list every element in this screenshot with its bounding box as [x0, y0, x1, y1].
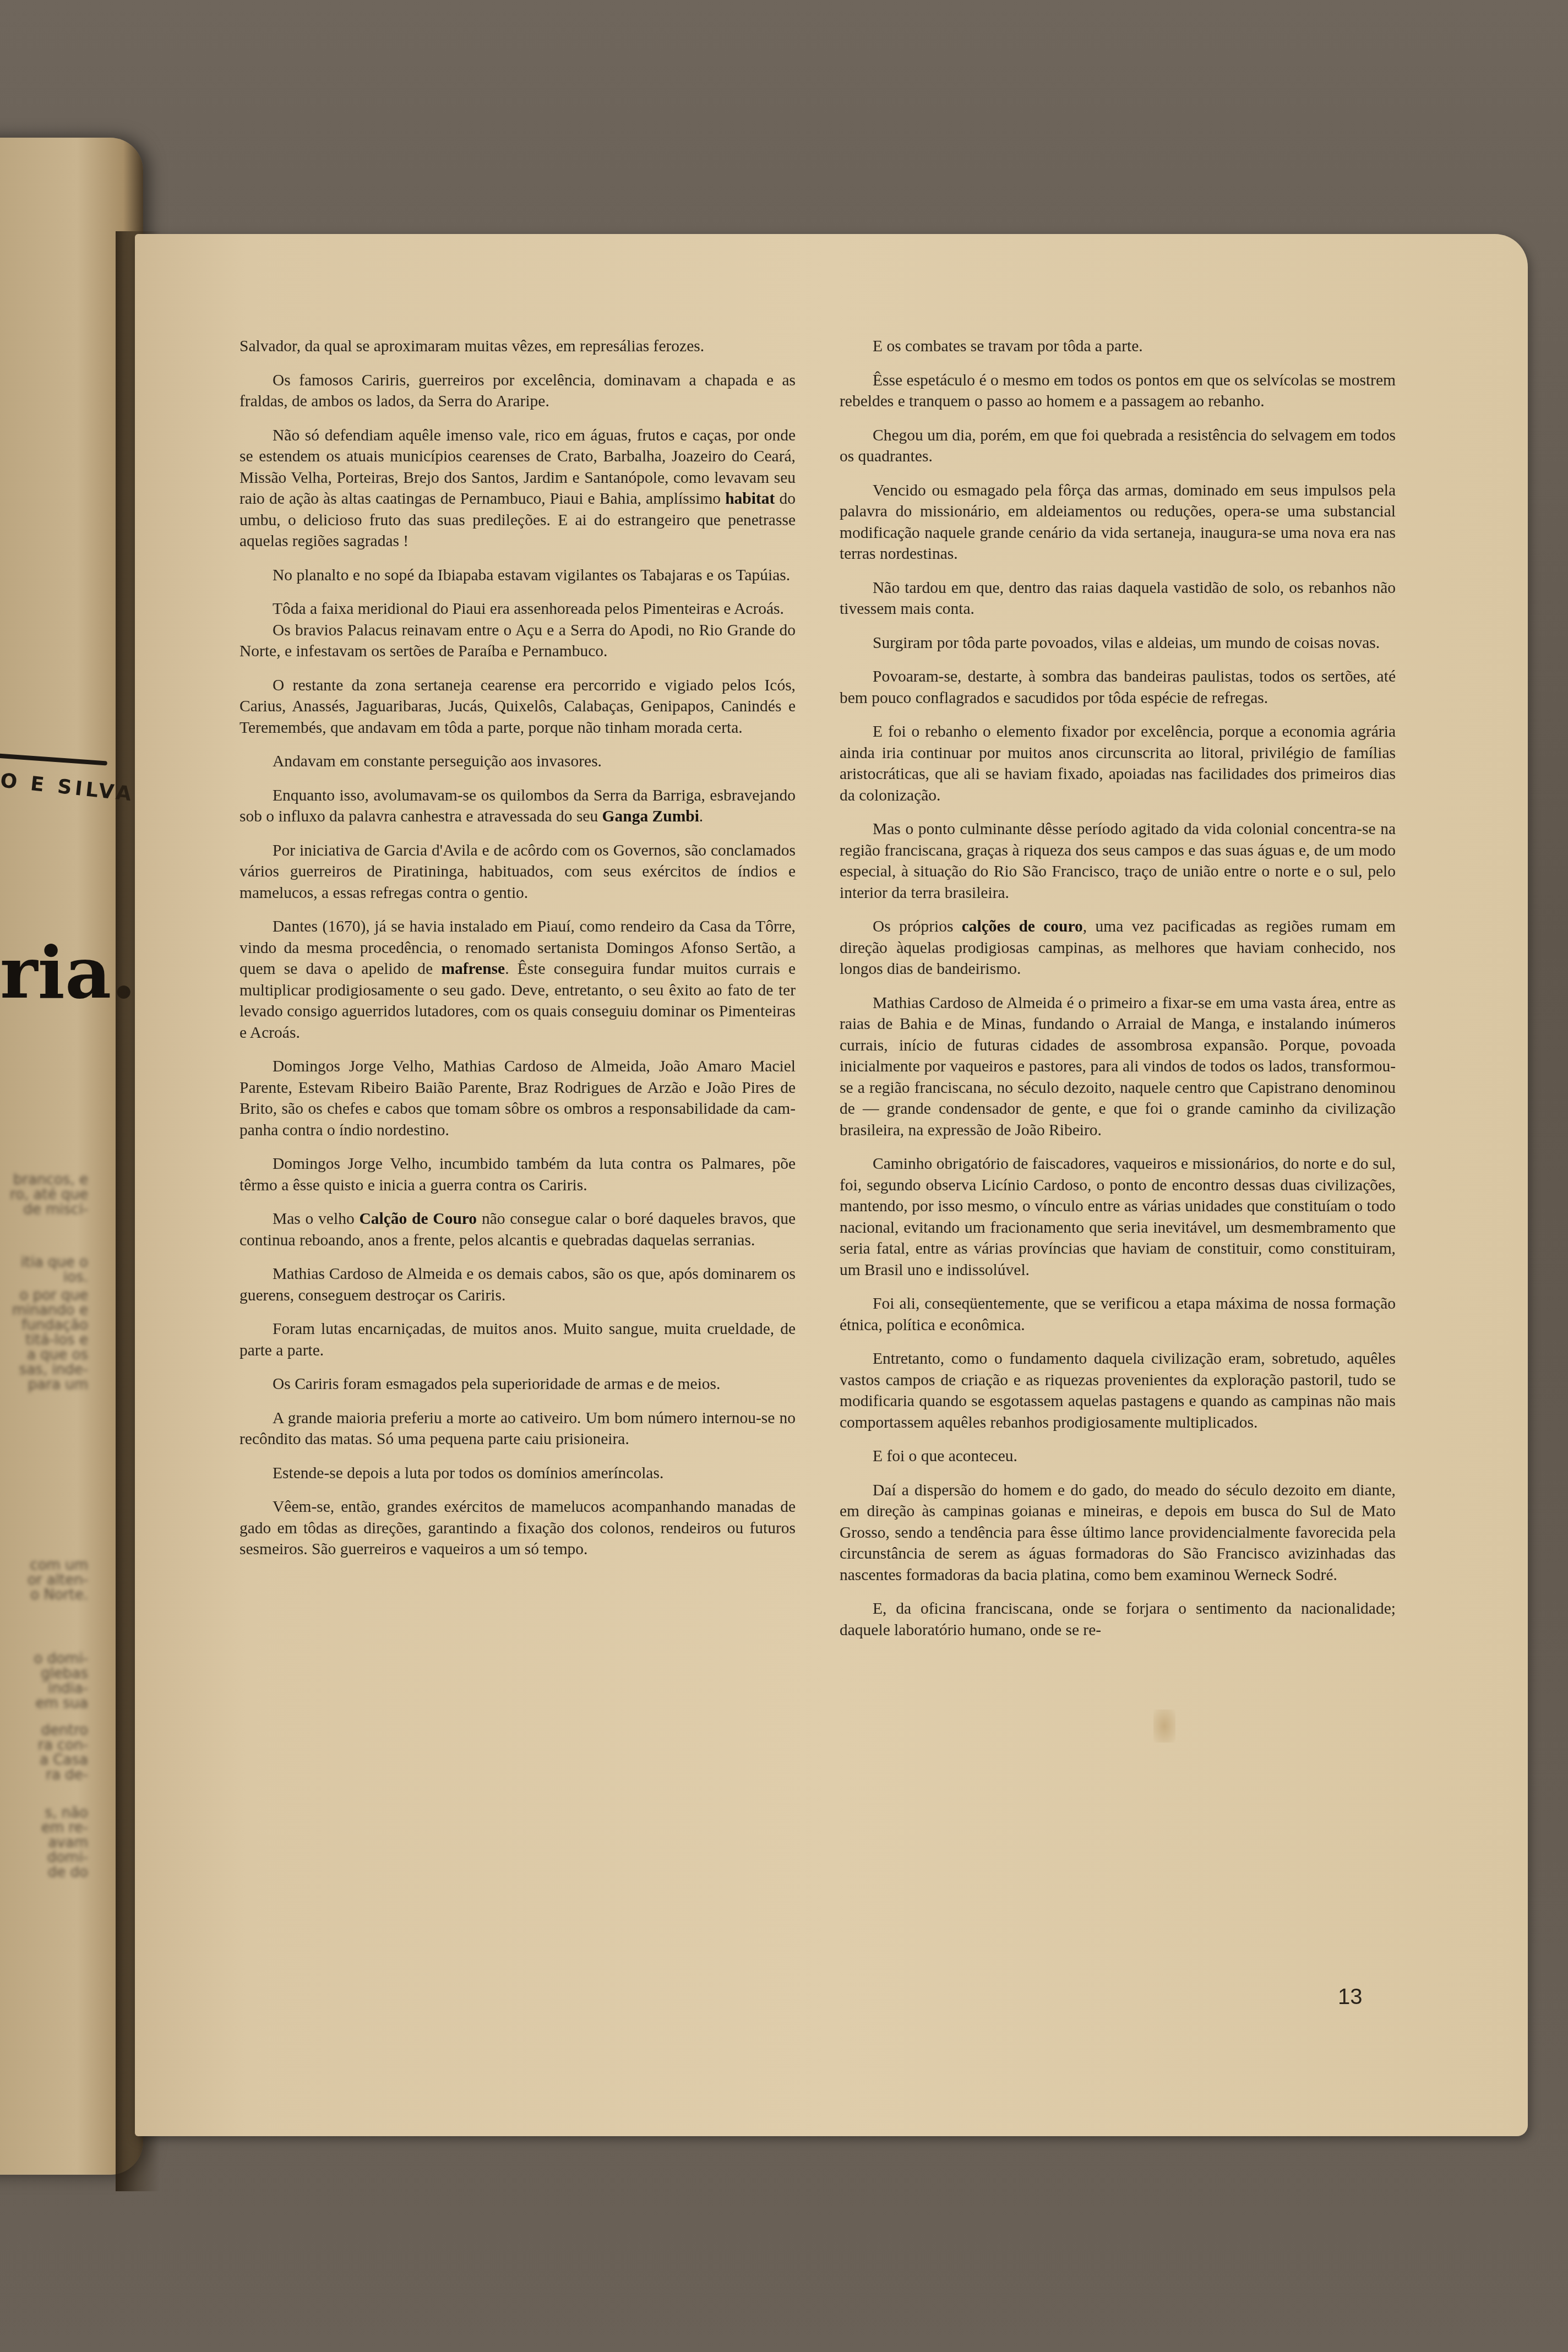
paragraph: Foram lutas encarniçadas, de muitos anos… [239, 1319, 796, 1361]
blurred-fragment: o por que minando e fundação titá-los e … [0, 1288, 88, 1392]
paragraph: Surgiram por tôda parte povoados, vilas … [840, 633, 1396, 654]
paragraph: Domingos Jorge Velho, Mathias Cardoso de… [239, 1056, 796, 1141]
paragraph: Foi ali, conseqüentemente, que se verifi… [840, 1293, 1396, 1336]
paragraph: Tôda a faixa meridional do Piaui era ass… [239, 598, 796, 620]
paragraph: Mas o velho Calção de Couro não consegue… [239, 1208, 796, 1251]
paragraph: No planalto e no sopé da Ibiapaba estava… [239, 565, 796, 586]
title-rule [0, 753, 107, 766]
paragraph: E foi o que aconteceu. [840, 1446, 1396, 1467]
emphasized-term: mafrense [441, 960, 505, 978]
paragraph: Andavam em constante perseguição aos inv… [239, 751, 796, 772]
paragraph: Os Cariris foram esmagados pela superior… [239, 1374, 796, 1395]
paragraph: Domingos Jorge Velho, incumbido também d… [239, 1153, 796, 1196]
paragraph: Povoaram-se, destarte, à sombra das band… [840, 666, 1396, 709]
paragraph: Não tardou em que, dentro das raias daqu… [840, 578, 1396, 620]
left-text-column: Salvador, da qual se aproximaram muitas … [239, 336, 796, 1573]
paragraph: Por iniciativa de Garcia d'Avila e de ac… [239, 840, 796, 904]
paragraph: Mathias Cardoso de Almeida é o primeiro … [840, 993, 1396, 1141]
magazine-page: Salvador, da qual se aproximaram muitas … [135, 234, 1528, 2136]
paragraph: Chegou um dia, porém, em que foi quebrad… [840, 425, 1396, 467]
page-number: 13 [1338, 1985, 1363, 2010]
paragraph: Mas o ponto culminante dêsse período agi… [840, 819, 1396, 903]
paragraph: E foi o rebanho o elemento fixador por e… [840, 721, 1396, 806]
blurred-fragment: o domi- glebas india- em sua [0, 1652, 88, 1711]
paragraph: Salvador, da qual se aproximaram muitas … [239, 336, 796, 357]
paragraph: Vencido ou esmagado pela fôrça das armas… [840, 480, 1396, 565]
paragraph: Dantes (1670), já se havia instalado em … [239, 916, 796, 1043]
paragraph: E os combates se travam por tôda a parte… [840, 336, 1396, 357]
blurred-fragment: dentro ra con- a Casa ra de- [0, 1723, 88, 1783]
emphasized-term: Ganga Zumbi [602, 808, 699, 825]
paragraph: Vêem-se, então, grandes exércitos de mam… [239, 1496, 796, 1560]
paragraph: Daí a dispersão do homem e do gado, do m… [840, 1480, 1396, 1586]
paragraph: E, da oficina franciscana, onde se forja… [840, 1598, 1396, 1641]
paragraph: Enquanto isso, avolumavam-se os quilombo… [239, 785, 796, 827]
paragraph: Êsse espetáculo é o mesmo em todos os po… [840, 370, 1396, 412]
blurred-fragment: s, não em re- avam domi- de do [0, 1806, 88, 1880]
paragraph: Os famosos Cariris, guerreiros por excel… [239, 370, 796, 412]
right-text-column: E os combates se travam por tôda a parte… [840, 336, 1396, 1653]
blurred-fragment: brancos, e ro, até que de misci- [0, 1173, 88, 1217]
paragraph: Os bravios Palacus reinavam entre o Açu … [239, 620, 796, 662]
paragraph: Estende-se depois a luta por todos os do… [239, 1463, 796, 1484]
emphasized-term: Calção de Couro [359, 1210, 477, 1228]
blurred-fragment: com um or alten- o Norte. [0, 1558, 88, 1603]
emphasized-term: calções de couro [962, 918, 1083, 935]
paragraph: Caminho obrigatório de faiscadores, vaqu… [840, 1153, 1396, 1281]
paragraph: O restante da zona sertaneja cearense er… [239, 675, 796, 739]
paragraph: Os próprios calções de couro, uma vez pa… [840, 916, 1396, 980]
paragraph: Entretanto, como o fundamento daquela ci… [840, 1348, 1396, 1433]
paragraph: Não só defendiam aquêle imenso vale, ric… [239, 425, 796, 552]
paragraph: A grande maioria preferiu a morte ao cat… [239, 1408, 796, 1450]
blurred-fragment: itia que o ios. [0, 1255, 88, 1285]
emphasized-term: habitat [725, 490, 775, 508]
paragraph: Mathias Cardoso de Almeida e os demais c… [239, 1264, 796, 1306]
